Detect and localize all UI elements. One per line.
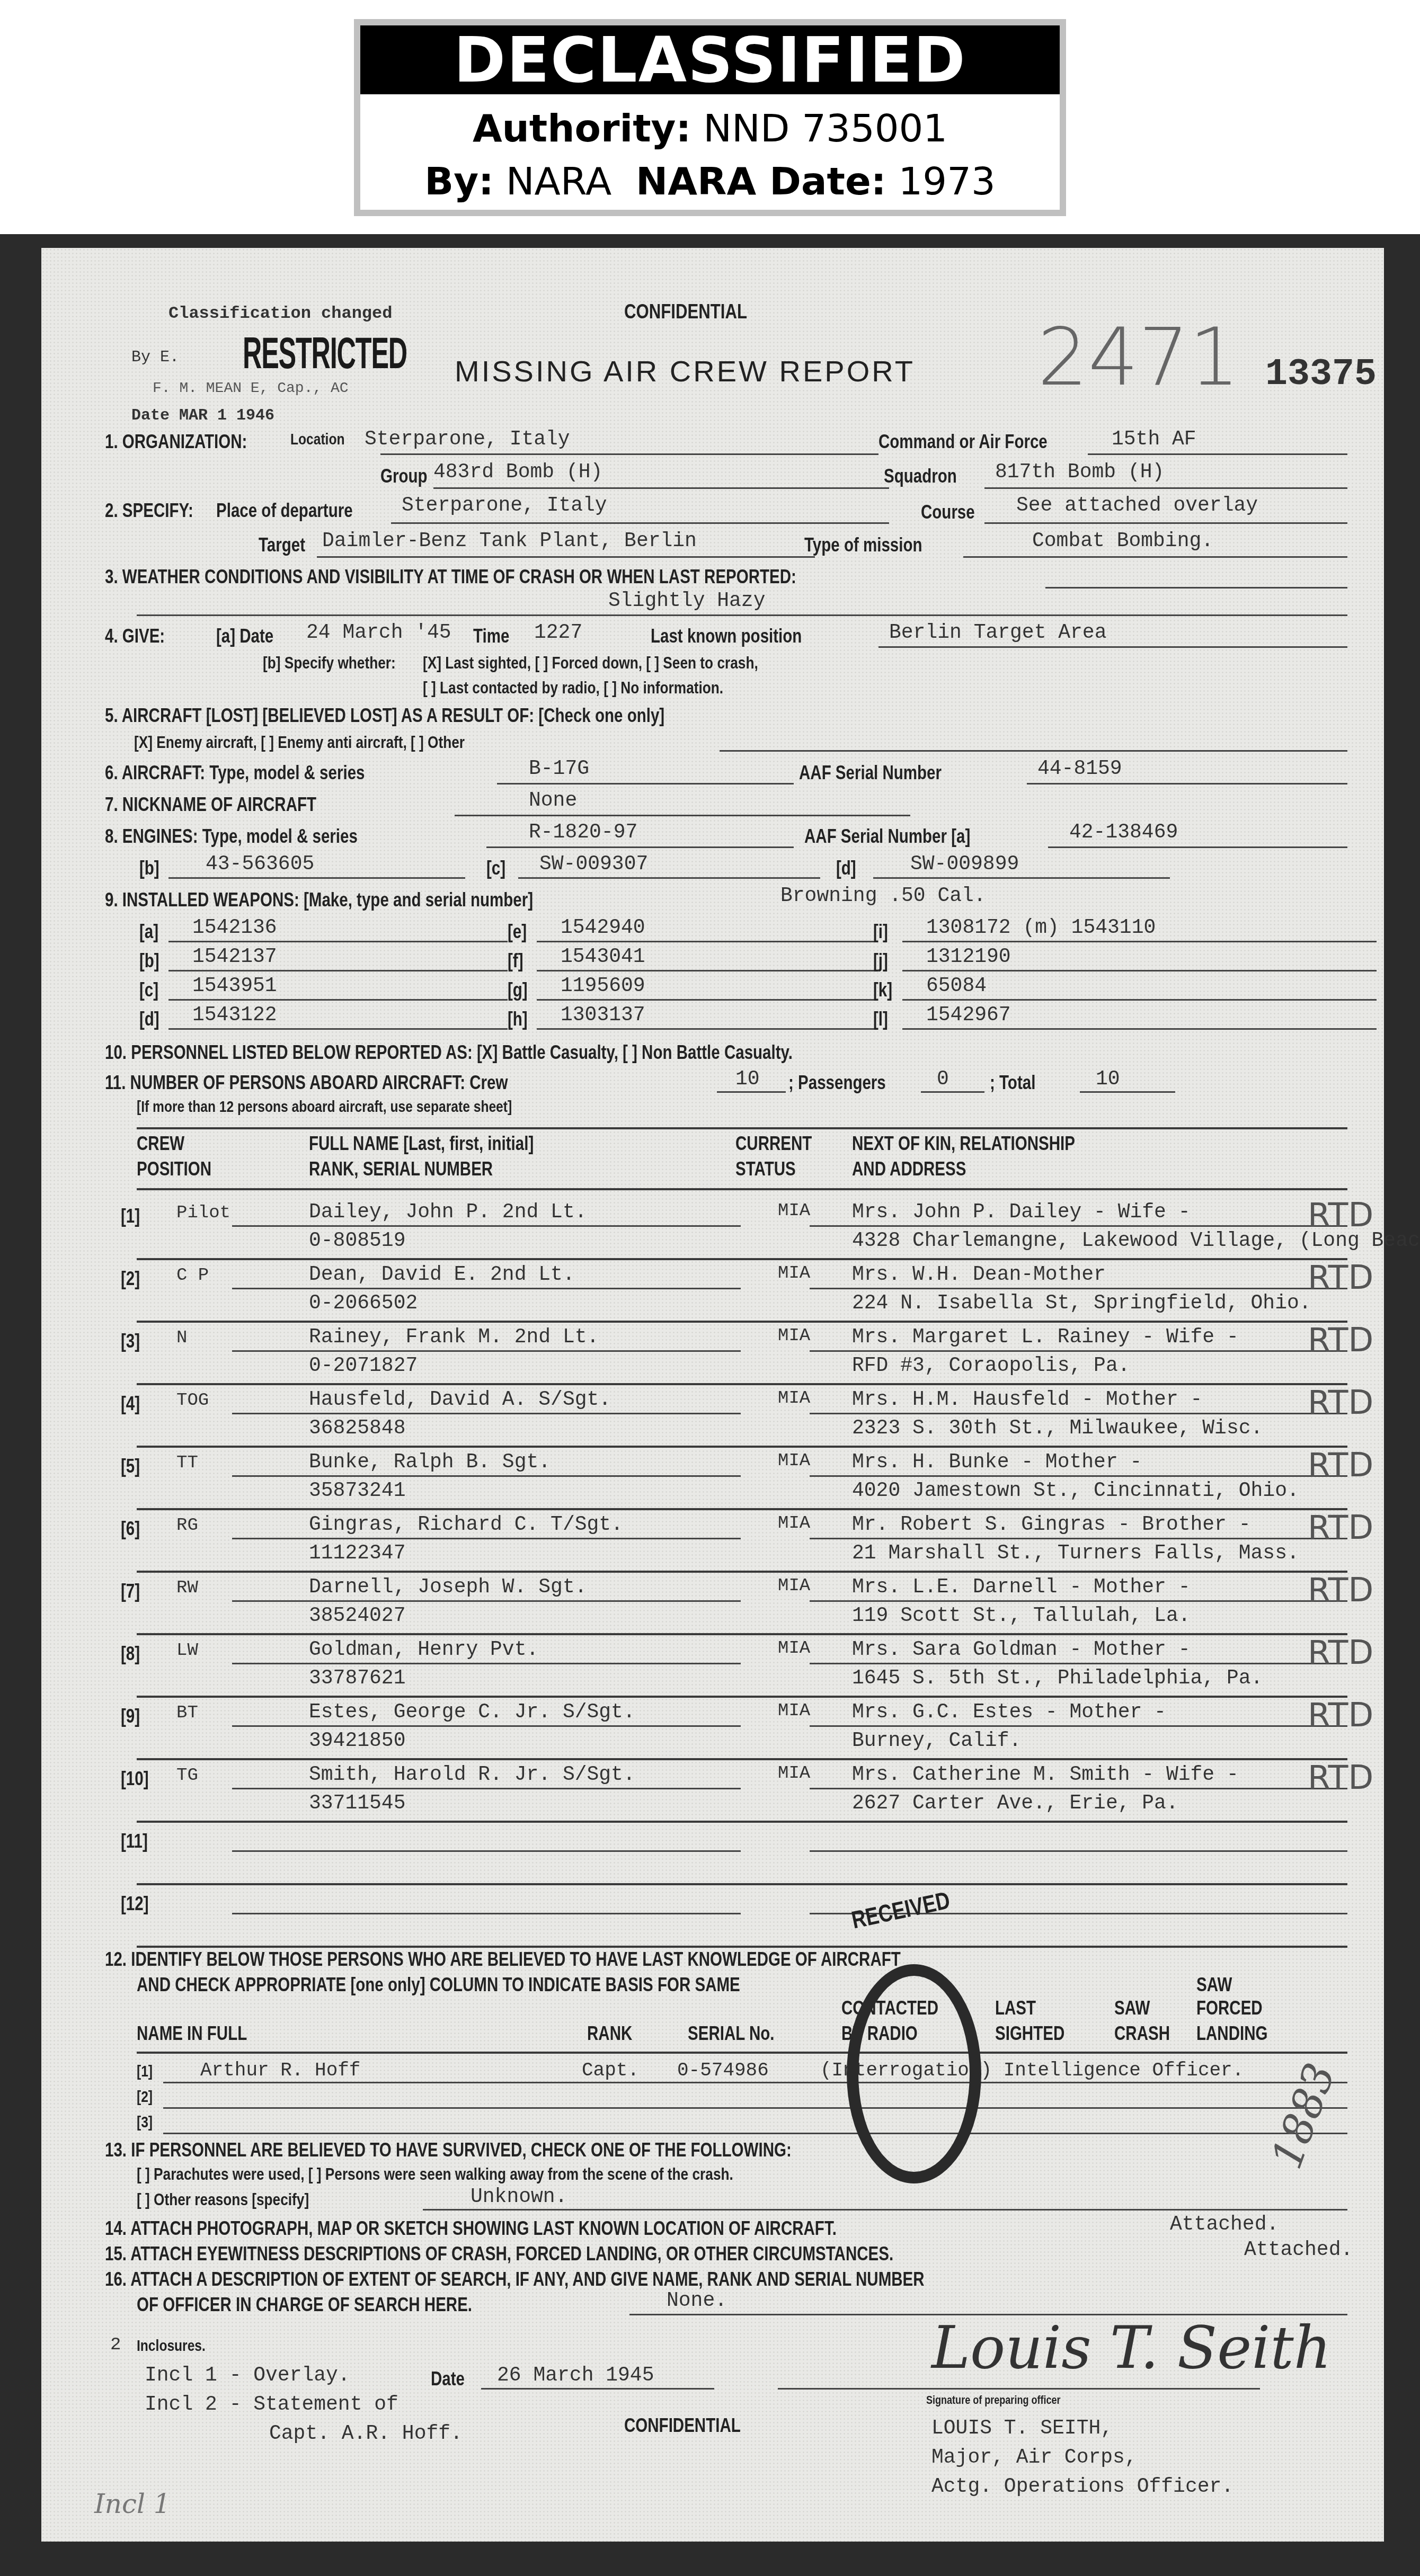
officer-signature: Louis T. Seith [931, 2314, 1332, 2382]
crew-address: RFD #3, Coraopolis, Pa. [852, 1354, 1130, 1377]
weapon-key: [g] [508, 979, 528, 1001]
crew-name-underline [232, 1225, 741, 1227]
engine-type-value: R-1820-97 [529, 821, 637, 844]
engine-serial-d: SW-009899 [910, 853, 1019, 876]
footer-date-label: Date [431, 2368, 465, 2390]
crew-row-number: [9] [121, 1705, 140, 1727]
crew-kin-underline [810, 1350, 1347, 1352]
persons-label: 11. NUMBER OF PERSONS ABOARD AIRCRAFT: C… [105, 1072, 508, 1094]
declassified-heading: DECLASSIFIED [360, 25, 1060, 94]
nara-date-label: NARA Date: [636, 159, 886, 203]
crew-serial: 36825848 [309, 1417, 405, 1440]
crew-row-divider [137, 1258, 1347, 1260]
inclosure-2-name: Capt. A.R. Hoff. [269, 2422, 463, 2445]
nara-line: By: NARA NARA Date: 1973 [360, 155, 1060, 208]
identify-serial: 0-574986 [677, 2060, 769, 2081]
target-label: Target [259, 534, 305, 556]
crew-row-divider [137, 1696, 1347, 1698]
by-label: By: [424, 159, 494, 203]
weapon-serial: 1543122 [192, 1004, 277, 1027]
col-last: LAST [995, 1997, 1036, 2019]
crew-name-underline [232, 1725, 741, 1727]
aircraft-type-value: B-17G [529, 757, 589, 780]
officer-title: Actg. Operations Officer. [931, 2475, 1233, 2498]
crew-position: TT [176, 1453, 198, 1473]
classification-by: By E. [131, 349, 179, 367]
attach-16-label-2: OF OFFICER IN CHARGE OF SEARCH HERE. [137, 2294, 472, 2316]
header-status: STATUS [735, 1158, 796, 1180]
location-value: Sterparone, Italy [365, 428, 570, 451]
lost-options: [X] Enemy aircraft, [ ] Enemy anti aircr… [134, 733, 465, 752]
confidential-top: CONFIDENTIAL [624, 301, 747, 324]
crew-name-rank: Estes, George C. Jr. S/Sgt. [309, 1701, 635, 1724]
date-value: 24 March '45 [306, 621, 451, 644]
mission-value: Combat Bombing. [1032, 530, 1213, 552]
restricted-stamp: RESTRICTED [243, 327, 407, 379]
weapon-key: [j] [873, 950, 888, 972]
course-value: See attached overlay [1016, 494, 1258, 517]
survived-option-2-value: Unknown. [471, 2186, 567, 2208]
header-rank-serial: RANK, SERIAL NUMBER [309, 1158, 493, 1180]
confidential-bottom: CONFIDENTIAL [624, 2414, 741, 2437]
crew-row-divider [137, 1821, 1347, 1823]
crew-next-of-kin: Mrs. Margaret L. Rainey - Wife - [852, 1326, 1239, 1349]
crew-position: RW [176, 1578, 198, 1598]
report-title: MISSING AIR CREW REPORT [455, 354, 915, 388]
crew-row-divider [137, 1633, 1347, 1635]
crew-address: 1645 S. 5th St., Philadelphia, Pa. [852, 1667, 1263, 1690]
total-count: 10 [1096, 1068, 1120, 1091]
crew-row-number: [12] [121, 1893, 149, 1915]
crew-address: 21 Marshall St., Turners Falls, Mass. [852, 1542, 1299, 1565]
crew-address: 4020 Jamestown St., Cincinnati, Ohio. [852, 1479, 1299, 1502]
header-crew: CREW [137, 1133, 184, 1155]
crew-serial: 11122347 [309, 1542, 405, 1565]
survived-option-2-label: [ ] Other reasons [specify] [137, 2190, 309, 2209]
attach-16-label-1: 16. ATTACH A DESCRIPTION OF EXTENT OF SE… [105, 2268, 925, 2290]
identify-underline [163, 2082, 1347, 2083]
weapon-underline [537, 1028, 876, 1030]
col-name-in-full: NAME IN FULL [137, 2022, 247, 2045]
crew-row-number: [2] [121, 1268, 140, 1290]
specify-whether-label: [b] Specify whether: [263, 653, 396, 673]
squadron-label: Squadron [884, 465, 957, 487]
crew-row-divider [137, 1383, 1347, 1385]
crew-position: RG [176, 1516, 198, 1536]
crew-rtd-note: RTD [1308, 1383, 1373, 1422]
passenger-count: 0 [937, 1068, 949, 1091]
crew-serial: 33711545 [309, 1792, 405, 1815]
weapon-underline [537, 970, 876, 971]
crew-status: MIA [778, 1638, 810, 1659]
crew-rtd-note: RTD [1308, 1633, 1373, 1672]
crew-row-divider [137, 1758, 1347, 1760]
attach-15-label: 15. ATTACH EYEWITNESS DESCRIPTIONS OF CR… [105, 2243, 893, 2265]
crew-name-rank: Dailey, John P. 2nd Lt. [309, 1201, 587, 1224]
classification-officer: F. M. MEAN E, Cap., AC [153, 380, 349, 397]
weapon-key: [f] [508, 950, 523, 972]
crew-next-of-kin: Mrs. L.E. Darnell - Mother - [852, 1576, 1191, 1599]
by-value: NARA [506, 159, 611, 203]
header-current: CURRENT [735, 1133, 812, 1155]
crew-name-rank: Hausfeld, David A. S/Sgt. [309, 1388, 611, 1411]
weapon-underline [537, 941, 876, 942]
attach-15-value: Attached. [1244, 2239, 1353, 2261]
crew-rtd-note: RTD [1308, 1696, 1373, 1734]
crew-position: C P [176, 1265, 209, 1286]
crew-kin-underline [810, 1413, 1347, 1414]
crew-name-rank: Bunke, Ralph B. Sgt. [309, 1451, 551, 1474]
crew-kin-underline [810, 1288, 1347, 1289]
crew-position: Pilot [176, 1203, 230, 1223]
weapon-serial: 1543041 [561, 946, 645, 968]
authority-label: Authority: [473, 106, 691, 150]
weapon-underline [168, 999, 508, 1001]
crew-kin-underline [810, 1663, 1347, 1664]
weather-label: 3. WEATHER CONDITIONS AND VISIBILITY AT … [105, 566, 796, 588]
crew-position: BT [176, 1703, 198, 1723]
weapon-serial: 1303137 [561, 1004, 645, 1027]
crew-name-underline [232, 1538, 741, 1539]
classification-note: Classification changed [168, 304, 392, 323]
report-number: 13375 [1265, 354, 1377, 396]
weapon-serial: 65084 [926, 975, 987, 997]
crew-address: 2627 Carter Ave., Erie, Pa. [852, 1792, 1178, 1815]
crew-name-underline [232, 1850, 741, 1852]
crew-status: MIA [778, 1576, 810, 1596]
weapon-key: [e] [508, 921, 527, 943]
crew-name-underline [232, 1788, 741, 1789]
col-crash: CRASH [1114, 2022, 1170, 2045]
crew-rtd-note: RTD [1308, 1258, 1373, 1297]
weapon-key: [a] [139, 921, 158, 943]
crew-name-underline [232, 1913, 741, 1914]
engine-serial-c: SW-009307 [539, 853, 648, 876]
attach-14-label: 14. ATTACH PHOTOGRAPH, MAP OR SKETCH SHO… [105, 2217, 837, 2240]
header-address: AND ADDRESS [852, 1158, 966, 1180]
survived-label: 13. IF PERSONNEL ARE BELIEVED TO HAVE SU… [105, 2139, 792, 2161]
header-next-of-kin: NEXT OF KIN, RELATIONSHIP [852, 1133, 1075, 1155]
weapon-underline [902, 1028, 1377, 1030]
engines-label: 8. ENGINES: Type, model & series [105, 825, 358, 848]
crew-name-underline [232, 1475, 741, 1477]
crew-kin-underline [810, 1475, 1347, 1477]
crew-position: TOG [176, 1390, 209, 1411]
crew-status: MIA [778, 1326, 810, 1346]
give-label: 4. GIVE: [105, 625, 165, 647]
crew-next-of-kin: Mrs. Sara Goldman - Mother - [852, 1638, 1191, 1661]
status-options-1: [X] Last sighted, [ ] Forced down, [ ] S… [423, 653, 758, 673]
mission-label: Type of mission [804, 534, 922, 556]
position-label: Last known position [651, 625, 802, 647]
crew-row-number: [5] [121, 1455, 140, 1477]
engine-d-label: [d] [836, 857, 856, 879]
crew-kin-underline [810, 1600, 1347, 1602]
weapon-serial: 1542940 [561, 916, 645, 939]
crew-next-of-kin: Mr. Robert S. Gingras - Brother - [852, 1513, 1251, 1536]
group-label: Group [380, 465, 428, 487]
engine-serial-b: 43-563605 [206, 853, 314, 876]
col-rank: RANK [587, 2022, 632, 2045]
identify-name: Arthur R. Hoff [200, 2060, 360, 2081]
passengers-label: ; Passengers [788, 1072, 886, 1094]
weather-value: Slightly Hazy [608, 590, 765, 612]
total-label: ; Total [990, 1072, 1035, 1094]
crew-status: MIA [778, 1701, 810, 1721]
crew-name-underline [232, 1663, 741, 1664]
crew-status: MIA [778, 1201, 810, 1221]
identify-row-number: [3] [137, 2114, 153, 2132]
weapon-underline [537, 999, 876, 1001]
crew-rtd-note: RTD [1308, 1196, 1373, 1234]
command-label: Command or Air Force [878, 431, 1048, 453]
weapon-key: [i] [873, 921, 888, 943]
weapon-key: [l] [873, 1008, 888, 1030]
crew-row-divider [137, 1446, 1347, 1448]
weapon-underline [168, 970, 508, 971]
crew-row-number: [4] [121, 1393, 140, 1415]
identify-row-number: [1] [137, 2063, 153, 2081]
crew-row-divider [137, 1571, 1347, 1573]
crew-kin-underline [810, 1850, 1347, 1852]
missing-air-crew-report: Classification changed RESTRICTED By E. … [41, 248, 1384, 2542]
date-label: [a] Date [216, 625, 273, 647]
crew-name-rank: Dean, David E. 2nd Lt. [309, 1263, 575, 1286]
engine-c-label: [c] [486, 857, 505, 879]
margin-note: 1883 [1262, 2057, 1345, 2175]
weapons-make: Browning .50 Cal. [780, 885, 986, 907]
crew-name-underline [232, 1600, 741, 1602]
col-saw: SAW [1114, 1997, 1150, 2019]
crew-status: MIA [778, 1513, 810, 1534]
nickname-value: None [529, 789, 577, 812]
identify-rank: Capt. [582, 2060, 639, 2081]
weapon-underline [168, 1028, 508, 1030]
specify-label: 2. SPECIFY: [105, 500, 193, 522]
crew-row-number: [8] [121, 1643, 140, 1665]
crew-serial: 39421850 [309, 1730, 405, 1752]
weapon-underline [168, 941, 508, 942]
crew-row-number: [7] [121, 1580, 140, 1602]
crew-next-of-kin: Mrs. G.C. Estes - Mother - [852, 1701, 1166, 1724]
crew-row-number: [6] [121, 1518, 140, 1540]
attach-14-value: Attached. [1170, 2213, 1279, 2236]
col-sighted: SIGHTED [995, 2022, 1064, 2045]
bottom-scribble: Incl 1 [94, 2489, 171, 2519]
departure-value: Sterparone, Italy [402, 494, 607, 517]
crew-serial: 0-2071827 [309, 1354, 418, 1377]
crew-kin-underline [810, 1225, 1347, 1227]
col-landing: LANDING [1196, 2022, 1267, 2045]
crew-row-number: [3] [121, 1330, 140, 1352]
group-value: 483rd Bomb (H) [433, 461, 602, 484]
identify-underline [163, 2107, 1347, 2109]
weapon-key: [c] [139, 979, 158, 1001]
weapon-key: [k] [873, 979, 892, 1001]
crew-next-of-kin: Mrs. Catherine M. Smith - Wife - [852, 1763, 1239, 1786]
crew-rtd-note: RTD [1308, 1571, 1373, 1609]
crew-next-of-kin: Mrs. H. Bunke - Mother - [852, 1451, 1142, 1474]
command-value: 15th AF [1112, 428, 1196, 451]
crew-row-divider [137, 1321, 1347, 1323]
crew-position: N [176, 1328, 187, 1348]
engine-serial-a: 42-138469 [1069, 821, 1178, 844]
crew-serial: 35873241 [309, 1479, 405, 1502]
weapon-serial: 1542137 [192, 946, 277, 968]
officer-name: LOUIS T. SEITH, [931, 2417, 1113, 2440]
weapon-serial: 1308172 (m) 1543110 [926, 916, 1156, 939]
crew-rtd-note: RTD [1308, 1758, 1373, 1797]
authority-value: NND 735001 [703, 106, 947, 150]
identify-row-number: [2] [137, 2088, 153, 2106]
crew-row-divider [137, 1508, 1347, 1510]
crew-name-rank: Smith, Harold R. Jr. S/Sgt. [309, 1763, 635, 1786]
crew-status: MIA [778, 1451, 810, 1471]
target-value: Daimler-Benz Tank Plant, Berlin [322, 530, 697, 552]
crew-row-divider [137, 1946, 1347, 1948]
crew-serial: 0-808519 [309, 1229, 405, 1252]
weapon-key: [b] [139, 950, 159, 972]
crew-position: LW [176, 1641, 198, 1661]
weapon-serial: 1542136 [192, 916, 277, 939]
nara-date-value: 1973 [899, 159, 996, 203]
signature-caption: Signature of preparing officer [926, 2393, 1061, 2407]
crew-rtd-note: RTD [1308, 1446, 1373, 1484]
weapon-serial: 1195609 [561, 975, 645, 997]
persons-note: [If more than 12 persons aboard aircraft… [137, 1098, 512, 1116]
crew-next-of-kin: Mrs. John P. Dailey - Wife - [852, 1201, 1191, 1224]
crew-kin-underline [810, 1725, 1347, 1727]
aircraft-serial-value: 44-8159 [1037, 757, 1122, 780]
lost-label: 5. AIRCRAFT [LOST] [BELIEVED LOST] AS A … [105, 705, 664, 727]
weapon-underline [902, 970, 1377, 971]
nickname-label: 7. NICKNAME OF AIRCRAFT [105, 794, 316, 816]
engine-b-label: [b] [139, 857, 159, 879]
header-position: POSITION [137, 1158, 211, 1180]
authority-line: Authority: NND 735001 [360, 102, 1060, 155]
classification-date: Date MAR 1 1946 [131, 407, 274, 425]
course-label: Course [921, 501, 975, 523]
handwritten-number: 2471 [1037, 311, 1240, 404]
declassified-stamp: DECLASSIFIED Authority: NND 735001 By: N… [354, 19, 1066, 216]
header-full-name: FULL NAME [Last, first, initial] [309, 1133, 534, 1155]
crew-serial: 0-2066502 [309, 1292, 418, 1315]
crew-position: TG [176, 1766, 198, 1786]
crew-name-underline [232, 1350, 741, 1352]
inclosure-1: Incl 1 - Overlay. [145, 2364, 350, 2387]
weapon-serial: 1312190 [926, 946, 1011, 968]
identify-label-1: 12. IDENTIFY BELOW THOSE PERSONS WHO ARE… [105, 1948, 901, 1971]
footer-date-value: 26 March 1945 [497, 2364, 654, 2387]
crew-name-underline [232, 1413, 741, 1414]
identify-underline [163, 2133, 1347, 2134]
weapon-key: [h] [508, 1008, 528, 1030]
location-label: Location [290, 431, 345, 449]
received-stamp-text: RECEIVED [849, 1885, 952, 1934]
organization-label: 1. ORGANIZATION: [105, 431, 247, 453]
crew-serial: 38524027 [309, 1605, 405, 1627]
time-value: 1227 [534, 621, 582, 644]
col-saw-forced-top: SAW [1196, 1974, 1232, 1996]
received-seal [847, 1964, 981, 2183]
crew-kin-underline [810, 1788, 1347, 1789]
aircraft-label: 6. AIRCRAFT: Type, model & series [105, 762, 365, 784]
status-options-2: [ ] Last contacted by radio, [ ] No info… [423, 678, 723, 698]
crew-kin-underline [810, 1538, 1347, 1539]
crew-row-number: [1] [121, 1205, 140, 1227]
identify-label-2: AND CHECK APPROPRIATE [one only] COLUMN … [137, 1974, 740, 1996]
crew-name-underline [232, 1288, 741, 1289]
col-forced: FORCED [1196, 1997, 1263, 2019]
crew-row-number: [10] [121, 1768, 149, 1790]
crew-address: 224 N. Isabella St, Springfield, Ohio. [852, 1292, 1311, 1315]
crew-serial: 33787621 [309, 1667, 405, 1690]
crew-status: MIA [778, 1763, 810, 1784]
officer-rank: Major, Air Corps, [931, 2446, 1137, 2469]
crew-next-of-kin: Mrs. W.H. Dean-Mother [852, 1263, 1106, 1286]
aircraft-serial-label: AAF Serial Number [799, 762, 942, 784]
departure-label: Place of departure [216, 500, 353, 522]
inclosures-count: 2 [110, 2335, 121, 2355]
crew-row-divider [137, 1883, 1347, 1885]
crew-row-number: [11] [121, 1830, 148, 1852]
crew-status: MIA [778, 1388, 810, 1409]
weapon-underline [902, 941, 1377, 942]
inclosures-label: Inclosures. [137, 2337, 206, 2355]
crew-status: MIA [778, 1263, 810, 1283]
squadron-value: 817th Bomb (H) [995, 461, 1164, 484]
personnel-label: 10. PERSONNEL LISTED BELOW REPORTED AS: … [105, 1041, 793, 1064]
crew-rtd-note: RTD [1308, 1321, 1373, 1359]
weapons-label: 9. INSTALLED WEAPONS: [Make, type and se… [105, 889, 533, 911]
survived-option-1: [ ] Parachutes were used, [ ] Persons we… [137, 2164, 733, 2184]
weapon-key: [d] [139, 1008, 159, 1030]
crew-name-rank: Gingras, Richard C. T/Sgt. [309, 1513, 623, 1536]
crew-name-rank: Goldman, Henry Pvt. [309, 1638, 538, 1661]
crew-address: 2323 S. 30th St., Milwaukee, Wisc. [852, 1417, 1263, 1440]
crew-name-rank: Darnell, Joseph W. Sgt. [309, 1576, 587, 1599]
inclosure-2: Incl 2 - Statement of [145, 2393, 398, 2416]
crew-count: 10 [735, 1068, 760, 1091]
position-value: Berlin Target Area [889, 621, 1106, 644]
crew-name-rank: Rainey, Frank M. 2nd Lt. [309, 1326, 599, 1349]
weapon-serial: 1543951 [192, 975, 277, 997]
weapon-underline [902, 999, 1377, 1001]
weapon-serial: 1542967 [926, 1004, 1011, 1027]
crew-address: Burney, Calif. [852, 1730, 1021, 1752]
attach-16-value: None. [667, 2289, 727, 2312]
col-serial: SERIAL No. [688, 2022, 774, 2045]
time-label: Time [473, 625, 509, 647]
crew-rtd-note: RTD [1308, 1508, 1373, 1547]
crew-next-of-kin: Mrs. H.M. Hausfeld - Mother - [852, 1388, 1202, 1411]
engine-serial-label: AAF Serial Number [a] [804, 825, 970, 848]
crew-address: 119 Scott St., Tallulah, La. [852, 1605, 1191, 1627]
